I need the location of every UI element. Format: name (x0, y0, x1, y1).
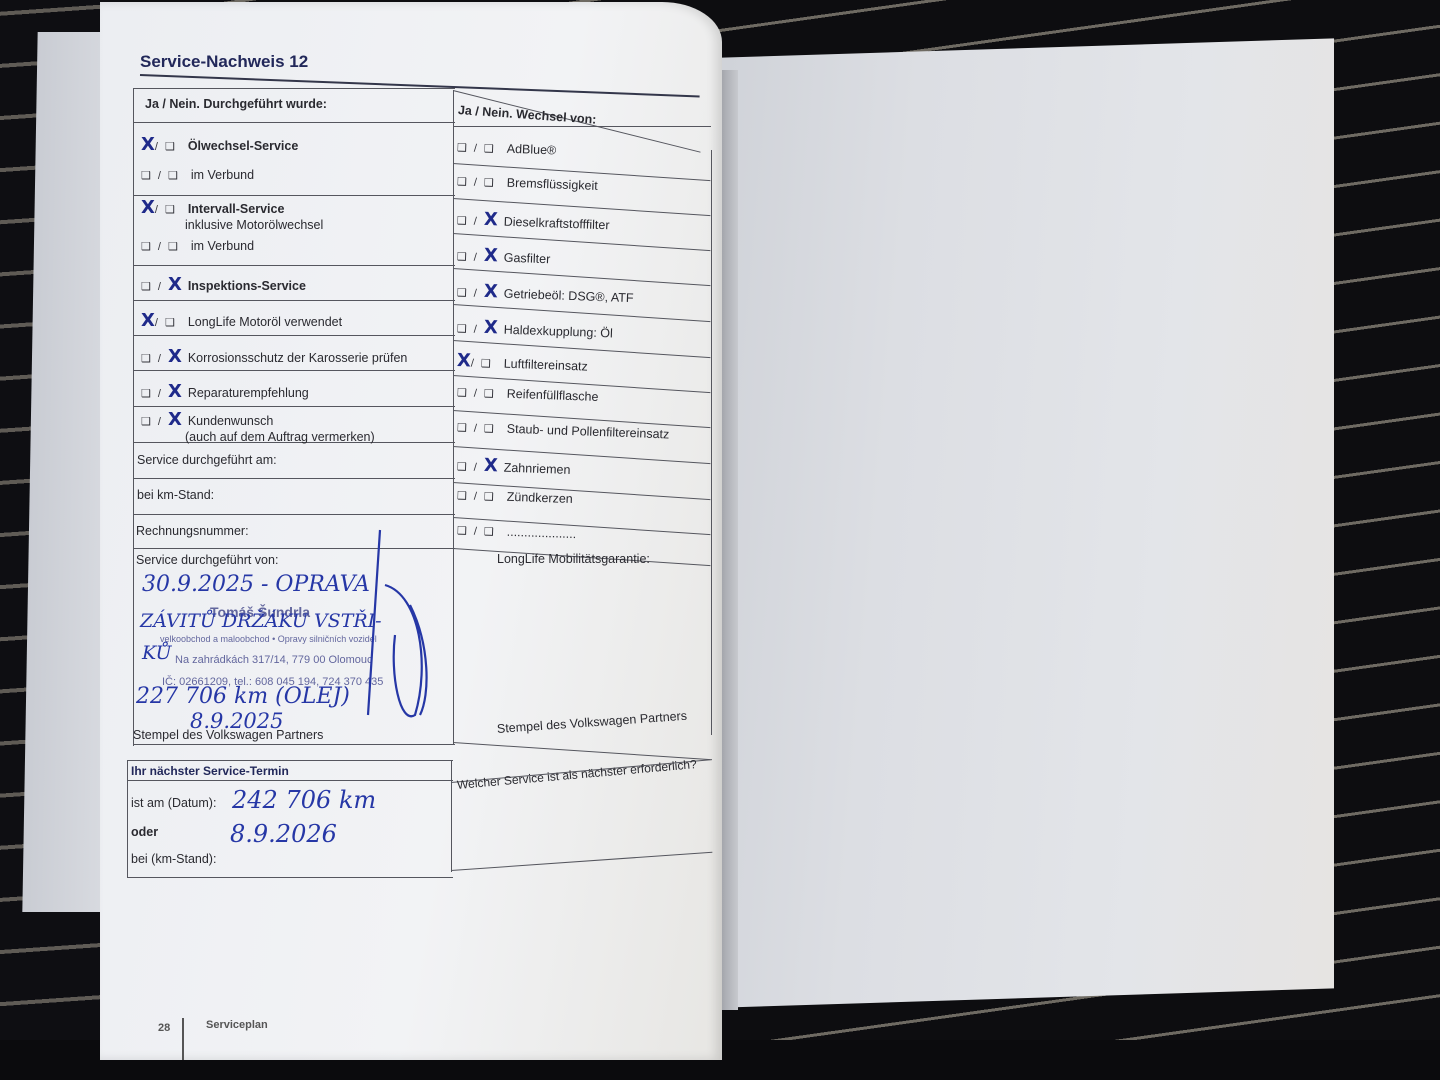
handwritten-line-3: KŮ (142, 642, 172, 664)
row-label: Ölwechsel-Service (188, 139, 298, 153)
next-date-handwritten: 8.9.2026 (230, 820, 337, 848)
nein-checkbox[interactable]: X (484, 209, 499, 230)
ja-checkbox[interactable]: ❑ (457, 489, 468, 502)
ja-checkbox[interactable]: ❑ (141, 352, 152, 365)
nein-checkbox[interactable]: X (168, 346, 182, 367)
checkbox-separator: / (158, 170, 162, 182)
nein-checkbox[interactable]: ❑ (165, 316, 176, 329)
nein-checkbox[interactable]: ❑ (484, 142, 495, 155)
row-label: Gasfilter (504, 251, 551, 267)
checkbox-separator: / (155, 141, 159, 153)
nein-checkbox[interactable]: ❑ (168, 169, 179, 182)
table-rule (133, 265, 455, 266)
ja-checkbox[interactable]: ❑ (141, 169, 152, 182)
ja-checkbox[interactable]: X (141, 310, 155, 331)
checkbox-separator: / (158, 241, 162, 253)
service-date-label: Service durchgeführt am: (137, 453, 277, 467)
left-header: Ja / Nein. Durchgeführt wurde: (145, 97, 327, 111)
table-rule (133, 300, 455, 301)
row-label: Zündkerzen (507, 490, 573, 506)
row-label: im Verbund (191, 239, 254, 253)
table-rule (133, 370, 455, 371)
ja-checkbox[interactable]: ❑ (457, 214, 468, 227)
table-rule (127, 760, 453, 761)
row-label: Kundenwunsch (188, 414, 273, 428)
ja-checkbox[interactable]: ❑ (457, 322, 468, 335)
table-column-rule (127, 760, 128, 878)
signature-scribble (360, 525, 440, 725)
checkbox-separator: / (158, 388, 162, 400)
table-rule (127, 877, 453, 878)
page-title: Service-Nachweis 12 (140, 52, 308, 72)
next-km-handwritten: 242 706 km (232, 786, 376, 814)
checkbox-separator: / (474, 288, 478, 300)
table-rule (133, 335, 455, 336)
row-label: Korrosionsschutz der Karosserie prüfen (188, 351, 408, 365)
checkbox-separator: / (158, 281, 162, 293)
nein-checkbox[interactable]: ❑ (484, 422, 495, 435)
table-rule (453, 126, 711, 127)
ja-checkbox[interactable]: ❑ (457, 421, 468, 434)
blank-right-page (710, 38, 1334, 1008)
table-column-rule (711, 150, 712, 735)
next-or-label: oder (131, 825, 158, 839)
section-label: Serviceplan (206, 1019, 268, 1031)
row-label: LongLife Motoröl verwendet (188, 315, 342, 329)
nein-checkbox[interactable]: X (484, 317, 499, 338)
ja-checkbox[interactable]: ❑ (141, 240, 152, 253)
checkbox-separator: / (158, 416, 162, 428)
footer-divider (182, 1018, 184, 1060)
performed-by-label: Service durchgeführt von: (136, 553, 278, 567)
table-column-rule (133, 548, 134, 746)
checkbox-separator: / (474, 423, 478, 435)
row-label: AdBlue® (507, 142, 557, 158)
handwritten-km: 227 706 km (OLEJ) (136, 684, 350, 709)
ja-checkbox[interactable]: ❑ (457, 460, 468, 473)
nein-checkbox[interactable]: ❑ (165, 203, 176, 216)
stamp-line-2: Na zahrádkách 317/14, 779 00 Olomouc (175, 654, 373, 666)
row-sublabel: (auch auf dem Auftrag vermerken) (185, 430, 375, 444)
table-rule (133, 478, 455, 479)
table-column-rule (453, 90, 454, 745)
left-check-row: X/❑Intervall-Serviceinklusive Motorölwec… (141, 197, 323, 232)
invoice-label: Rechnungsnummer: (136, 524, 249, 538)
checkbox-separator: / (474, 491, 478, 503)
table-rule (133, 88, 455, 89)
nein-checkbox[interactable]: ❑ (165, 140, 176, 153)
handwritten-date: 8.9.2025 (190, 709, 284, 733)
row-label: Luftfiltereinsatz (504, 357, 589, 374)
stamp-line-1: velkoobchod a maloobchod • Opravy silnič… (160, 634, 377, 644)
ja-checkbox[interactable]: ❑ (457, 175, 468, 188)
km-label: bei km-Stand: (137, 488, 214, 502)
ja-checkbox[interactable]: ❑ (457, 250, 468, 263)
nein-checkbox[interactable]: ❑ (484, 490, 495, 503)
checkbox-separator: / (474, 216, 478, 228)
row-sublabel: inklusive Motorölwechsel (185, 218, 323, 232)
table-column-rule (451, 760, 452, 872)
left-check-row: ❑/XReparaturempfehlung (141, 381, 309, 402)
checkbox-separator: / (474, 462, 478, 474)
checkbox-separator: / (474, 324, 478, 336)
left-check-row: ❑/XKorrosionsschutz der Karosserie prüfe… (141, 346, 407, 367)
ja-checkbox[interactable]: ❑ (141, 280, 152, 293)
checkbox-separator: / (474, 143, 478, 155)
checkbox-separator: / (474, 526, 478, 538)
ja-checkbox[interactable]: ❑ (457, 141, 468, 154)
row-label: Inspektions-Service (188, 279, 306, 293)
left-check-row: ❑/XInspektions-Service (141, 274, 306, 295)
row-label: Reparaturempfehlung (188, 386, 309, 400)
checkbox-separator: / (158, 353, 162, 365)
checkbox-separator: / (474, 177, 478, 189)
ja-checkbox[interactable]: X (141, 134, 155, 155)
row-label: Getriebeöl: DSG®, ATF (504, 287, 634, 306)
nein-checkbox[interactable]: X (484, 281, 499, 302)
nein-checkbox[interactable]: ❑ (484, 387, 495, 400)
row-label: Intervall-Service (188, 202, 285, 216)
nein-checkbox[interactable]: X (484, 455, 499, 476)
checkbox-separator: / (155, 317, 159, 329)
row-label: Haldexkupplung: Öl (504, 323, 614, 341)
table-rule (133, 122, 455, 123)
row-label: .................... (507, 525, 577, 541)
ja-checkbox[interactable]: X (141, 197, 155, 218)
checkbox-separator: / (155, 204, 159, 216)
ja-checkbox[interactable]: ❑ (457, 386, 468, 399)
handwritten-line-2: ZÁVITŮ DRŽÁKU VSTŘI- (140, 610, 382, 632)
left-check-row: X/❑Ölwechsel-Service (141, 134, 298, 155)
nein-checkbox[interactable]: X (484, 245, 499, 266)
ja-checkbox[interactable]: X (457, 350, 472, 371)
left-check-row: X/❑LongLife Motoröl verwendet (141, 310, 342, 331)
next-date-label: ist am (Datum): (131, 796, 216, 810)
left-check-row: ❑/❑im Verbund (141, 239, 254, 253)
table-rule (127, 780, 453, 781)
next-service-title: Ihr nächster Service-Termin (131, 764, 289, 778)
page-number: 28 (158, 1022, 170, 1034)
right-check-row: ❑/XZahnriemen (457, 454, 571, 479)
mobility-label: LongLife Mobilitätsgarantie: (497, 552, 650, 566)
row-label: Dieselkraftstofffilter (504, 215, 610, 233)
nein-checkbox[interactable]: ❑ (484, 525, 495, 538)
table-rule (133, 744, 455, 745)
ja-checkbox[interactable]: ❑ (457, 286, 468, 299)
ja-checkbox[interactable]: ❑ (457, 524, 468, 537)
nein-checkbox[interactable]: ❑ (168, 240, 179, 253)
ja-checkbox[interactable]: ❑ (141, 387, 152, 400)
nein-checkbox[interactable]: X (168, 409, 182, 430)
nein-checkbox[interactable]: X (168, 274, 182, 295)
right-check-row: ❑/XGasfilter (457, 244, 551, 268)
nein-checkbox[interactable]: X (168, 381, 182, 402)
handwritten-line-1: 30.9.2025 - OPRAVA (142, 572, 370, 597)
nein-checkbox[interactable]: ❑ (484, 176, 495, 189)
next-km-label: bei (km-Stand): (131, 852, 216, 866)
checkbox-separator: / (474, 388, 478, 400)
nein-checkbox[interactable]: ❑ (481, 357, 492, 370)
row-label: Zahnriemen (504, 461, 571, 477)
left-check-row: ❑/XKundenwunsch(auch auf dem Auftrag ver… (141, 409, 375, 444)
table-rule (133, 514, 455, 515)
ja-checkbox[interactable]: ❑ (141, 415, 152, 428)
left-check-row: ❑/❑im Verbund (141, 168, 254, 182)
checkbox-separator: / (471, 357, 475, 369)
checkbox-separator: / (474, 252, 478, 264)
table-rule (133, 406, 455, 407)
row-label: im Verbund (191, 168, 254, 182)
